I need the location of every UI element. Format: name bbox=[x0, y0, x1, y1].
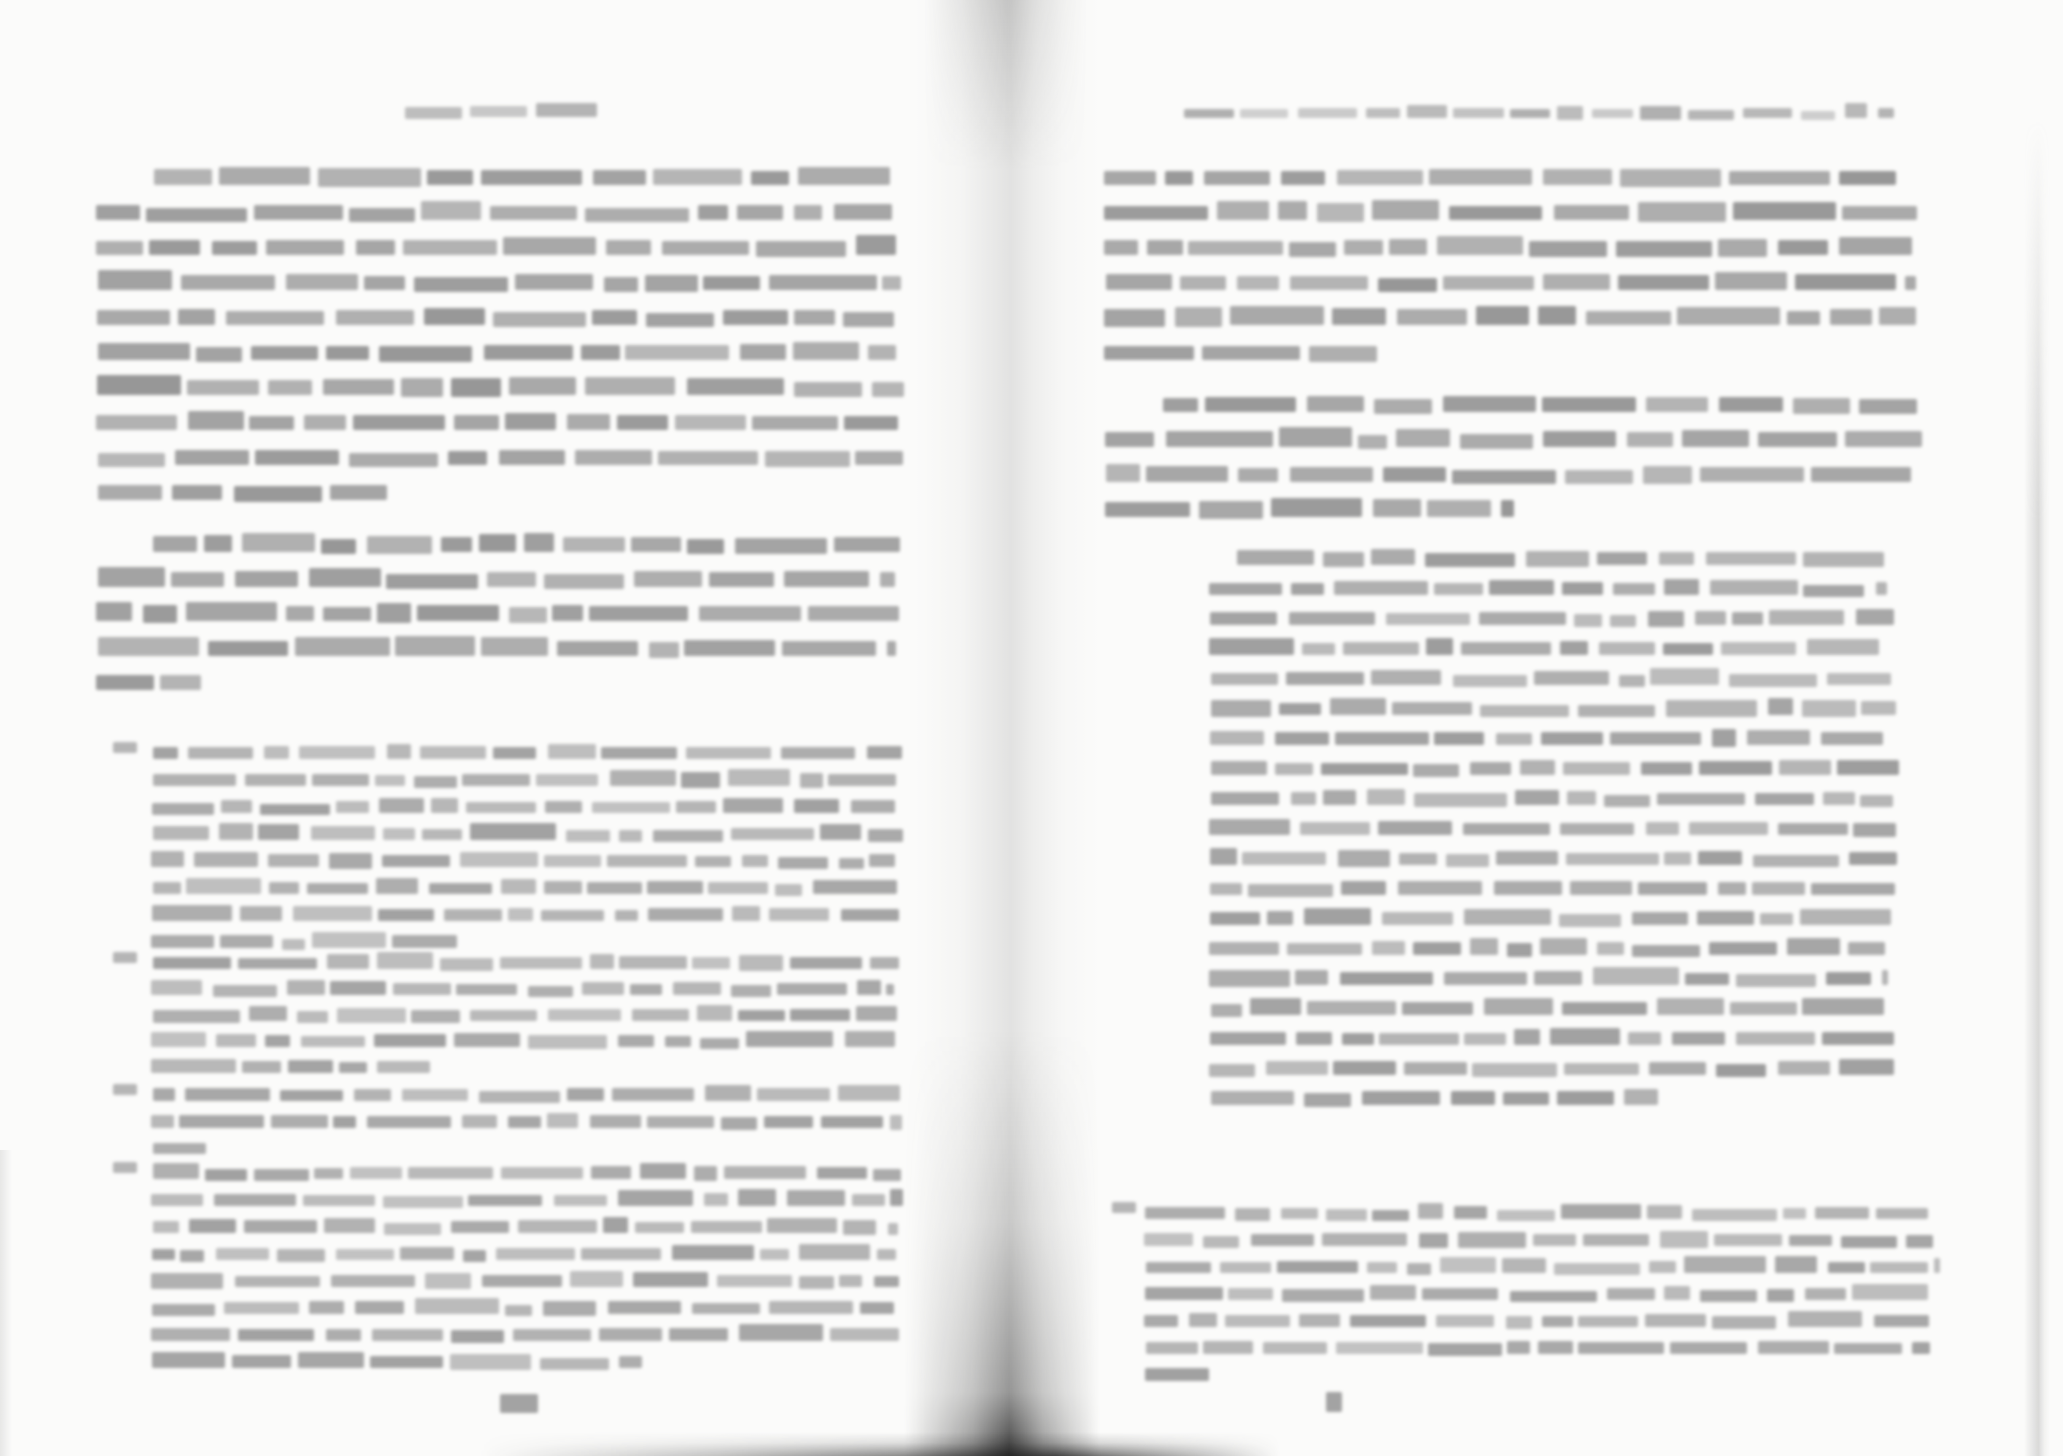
word-blob bbox=[1397, 309, 1467, 325]
word-blob bbox=[1209, 638, 1295, 655]
word-blob bbox=[1743, 108, 1792, 119]
word-blob bbox=[1230, 306, 1323, 325]
word-blob bbox=[1362, 1091, 1440, 1105]
word-blob bbox=[1543, 169, 1613, 185]
word-blob bbox=[1647, 1205, 1682, 1219]
word-blob bbox=[1372, 200, 1440, 220]
word-blob bbox=[1340, 972, 1434, 985]
word-blob bbox=[1550, 1028, 1620, 1045]
word-blob bbox=[1593, 967, 1680, 985]
word-blob bbox=[1795, 274, 1895, 290]
word-blob bbox=[1476, 306, 1529, 325]
word-blob bbox=[1706, 552, 1796, 565]
word-blob bbox=[1709, 942, 1776, 955]
word-blob bbox=[1624, 1089, 1658, 1105]
word-blob bbox=[1848, 942, 1885, 955]
word-blob bbox=[1542, 1316, 1573, 1327]
word-blob bbox=[1237, 550, 1314, 565]
word-blob bbox=[1657, 793, 1746, 805]
word-blob bbox=[1912, 1342, 1930, 1354]
word-blob bbox=[1426, 638, 1453, 655]
word-blob bbox=[1295, 970, 1328, 985]
word-blob bbox=[1291, 583, 1324, 595]
word-blob bbox=[1879, 307, 1916, 325]
word-blob bbox=[1372, 941, 1406, 955]
blockquote-line bbox=[1211, 785, 1893, 805]
word-blob bbox=[1372, 1210, 1409, 1221]
word-blob bbox=[1404, 1062, 1467, 1075]
word-blob bbox=[1768, 698, 1793, 715]
word-blob bbox=[1645, 1314, 1705, 1327]
word-blob bbox=[1578, 705, 1655, 717]
word-blob bbox=[1664, 579, 1699, 595]
word-blob bbox=[1778, 1061, 1831, 1075]
word-blob bbox=[1413, 942, 1461, 955]
word-blob bbox=[1210, 612, 1277, 625]
word-blob bbox=[1338, 850, 1390, 867]
word-blob bbox=[1586, 311, 1670, 325]
word-blob bbox=[1627, 432, 1672, 447]
word-blob bbox=[1104, 206, 1208, 220]
word-blob bbox=[1721, 642, 1796, 655]
word-blob bbox=[1166, 431, 1273, 447]
word-blob bbox=[1752, 882, 1806, 895]
word-blob bbox=[1802, 998, 1884, 1015]
word-blob bbox=[1418, 1203, 1442, 1219]
word-blob bbox=[1419, 1233, 1448, 1248]
word-blob bbox=[1307, 396, 1364, 412]
word-blob bbox=[1436, 1315, 1494, 1327]
word-blob bbox=[1470, 938, 1498, 955]
word-blob bbox=[1371, 670, 1441, 685]
word-blob bbox=[1540, 938, 1587, 955]
word-blob bbox=[1188, 241, 1283, 255]
word-blob bbox=[1788, 1311, 1862, 1327]
word-blob bbox=[1434, 732, 1484, 745]
word-blob bbox=[1165, 171, 1193, 185]
word-blob bbox=[1389, 239, 1426, 255]
word-blob bbox=[1839, 237, 1911, 255]
body-paragraph-line bbox=[1106, 460, 1918, 482]
word-blob bbox=[1541, 732, 1603, 745]
word-blob bbox=[1834, 1343, 1901, 1354]
word-blob bbox=[1562, 582, 1603, 595]
word-blob bbox=[1646, 397, 1708, 412]
word-blob bbox=[1578, 1342, 1664, 1355]
word-blob bbox=[1811, 883, 1895, 896]
word-blob bbox=[1778, 823, 1848, 835]
word-blob bbox=[1807, 639, 1880, 655]
word-blob bbox=[1559, 914, 1620, 927]
word-blob bbox=[1779, 760, 1831, 775]
word-blob bbox=[1802, 700, 1855, 717]
word-blob bbox=[1534, 971, 1582, 985]
word-blob bbox=[1378, 278, 1437, 292]
word-blob bbox=[1453, 675, 1528, 687]
word-blob bbox=[1566, 853, 1659, 865]
word-blob bbox=[1736, 974, 1816, 987]
word-blob bbox=[1104, 240, 1138, 255]
word-blob bbox=[1562, 1002, 1647, 1015]
word-blob bbox=[1507, 943, 1532, 957]
word-blob bbox=[1358, 435, 1388, 449]
word-blob bbox=[1209, 583, 1282, 595]
word-blob bbox=[1716, 1064, 1765, 1077]
word-blob bbox=[1211, 700, 1271, 717]
word-blob bbox=[1837, 760, 1899, 775]
word-blob bbox=[1689, 822, 1768, 835]
word-blob bbox=[1367, 1262, 1397, 1273]
word-blob bbox=[1827, 673, 1891, 685]
word-blob bbox=[1859, 399, 1917, 414]
word-blob bbox=[1290, 276, 1368, 290]
blockquote-line bbox=[1210, 905, 1896, 925]
word-blob bbox=[1758, 1341, 1829, 1354]
word-blob bbox=[1677, 307, 1780, 325]
blockquote-line bbox=[1211, 665, 1891, 685]
word-blob bbox=[1271, 498, 1362, 517]
word-blob bbox=[1664, 852, 1691, 865]
word-blob bbox=[1514, 1029, 1540, 1045]
word-blob bbox=[1849, 852, 1896, 865]
word-blob bbox=[1641, 762, 1693, 775]
word-blob bbox=[1422, 1288, 1498, 1300]
word-blob bbox=[1730, 1002, 1796, 1015]
word-blob bbox=[1620, 169, 1722, 187]
blockquote-line bbox=[1209, 575, 1888, 595]
word-blob bbox=[1570, 881, 1632, 895]
word-blob bbox=[1660, 1231, 1708, 1248]
word-blob bbox=[1323, 790, 1356, 805]
word-blob bbox=[1145, 1287, 1223, 1300]
word-blob bbox=[1147, 240, 1183, 255]
word-blob bbox=[1425, 553, 1515, 567]
body-paragraph-line bbox=[1104, 233, 1912, 255]
word-blob bbox=[1484, 998, 1553, 1015]
word-blob bbox=[1534, 671, 1609, 685]
word-blob bbox=[1760, 913, 1793, 925]
word-blob bbox=[1729, 171, 1830, 185]
word-blob bbox=[1732, 612, 1763, 625]
word-blob bbox=[1146, 1262, 1211, 1273]
word-blob bbox=[1463, 823, 1550, 835]
word-blob bbox=[1209, 1064, 1255, 1077]
word-blob bbox=[1104, 171, 1156, 185]
word-blob bbox=[1304, 908, 1370, 925]
word-blob bbox=[1700, 1290, 1757, 1302]
word-blob bbox=[1805, 1288, 1846, 1300]
word-blob bbox=[1607, 1288, 1655, 1300]
word-blob bbox=[1692, 1209, 1777, 1221]
word-blob bbox=[1874, 1315, 1929, 1327]
word-blob bbox=[1144, 1233, 1193, 1246]
word-blob bbox=[1610, 615, 1636, 627]
word-blob bbox=[1646, 822, 1679, 835]
word-blob bbox=[1322, 1233, 1408, 1246]
word-blob bbox=[1396, 429, 1450, 447]
word-blob bbox=[1538, 306, 1576, 325]
word-blob bbox=[1543, 431, 1616, 447]
word-blob bbox=[1144, 1315, 1177, 1327]
word-blob bbox=[1557, 106, 1583, 120]
word-blob bbox=[1337, 170, 1423, 185]
word-blob bbox=[1330, 698, 1386, 715]
word-blob bbox=[1210, 731, 1264, 745]
body-paragraph-line bbox=[1104, 338, 1382, 360]
word-blob bbox=[1146, 1342, 1198, 1354]
word-blob bbox=[1242, 852, 1326, 865]
word-blob bbox=[1464, 909, 1551, 925]
word-blob bbox=[1758, 432, 1837, 447]
word-blob bbox=[1502, 1258, 1546, 1273]
word-blob bbox=[1366, 108, 1401, 118]
word-blob bbox=[1282, 1289, 1364, 1302]
word-blob bbox=[1203, 1341, 1253, 1354]
word-blob bbox=[1561, 1204, 1641, 1219]
word-blob bbox=[1451, 1091, 1496, 1105]
word-blob bbox=[1753, 855, 1840, 867]
word-blob bbox=[1289, 242, 1337, 257]
word-blob bbox=[1715, 272, 1787, 290]
body-paragraph-line bbox=[1104, 163, 1911, 185]
word-blob bbox=[1145, 1368, 1209, 1381]
word-blob bbox=[1204, 171, 1270, 185]
word-blob bbox=[1472, 1063, 1557, 1077]
body-paragraph-line bbox=[1163, 390, 1916, 412]
word-blob bbox=[1335, 732, 1429, 745]
word-blob bbox=[1205, 397, 1297, 412]
footnote-line bbox=[1144, 1227, 1933, 1246]
word-blob bbox=[1104, 309, 1165, 327]
word-blob bbox=[1452, 470, 1555, 484]
word-blob bbox=[1443, 276, 1534, 290]
word-blob bbox=[1437, 236, 1523, 255]
word-blob bbox=[1429, 169, 1531, 185]
blockquote-line bbox=[1211, 1085, 1658, 1105]
word-blob bbox=[1583, 1234, 1650, 1246]
word-blob bbox=[1383, 467, 1446, 482]
word-blob bbox=[1821, 732, 1884, 745]
word-blob bbox=[1497, 1210, 1555, 1221]
word-blob bbox=[1787, 938, 1841, 955]
word-blob bbox=[1906, 1235, 1933, 1248]
word-blob bbox=[1180, 276, 1226, 290]
word-blob bbox=[1628, 1032, 1662, 1045]
body-paragraph-line bbox=[1105, 425, 1922, 447]
footnote-line bbox=[1146, 1335, 1930, 1354]
word-blob bbox=[1414, 793, 1507, 807]
word-blob bbox=[1470, 762, 1511, 775]
word-blob bbox=[1503, 1092, 1549, 1105]
word-blob bbox=[1876, 582, 1888, 595]
running-head-line bbox=[1184, 101, 1894, 118]
blockquote-line bbox=[1209, 635, 1890, 655]
word-blob bbox=[1613, 583, 1655, 596]
word-blob bbox=[1822, 1032, 1893, 1045]
word-blob bbox=[1277, 1261, 1358, 1273]
word-blob bbox=[1228, 1288, 1273, 1300]
footnote-line bbox=[1145, 1362, 1209, 1381]
word-blob bbox=[1210, 848, 1236, 865]
word-blob bbox=[1302, 643, 1334, 655]
word-blob bbox=[1209, 970, 1290, 987]
word-blob bbox=[1733, 202, 1836, 220]
word-blob bbox=[1729, 674, 1818, 687]
word-blob bbox=[1783, 1208, 1806, 1219]
word-blob bbox=[1597, 552, 1647, 565]
word-blob bbox=[1787, 311, 1820, 325]
word-blob bbox=[1663, 643, 1713, 655]
word-blob bbox=[1597, 942, 1624, 955]
word-blob bbox=[1336, 1342, 1423, 1354]
word-blob bbox=[1453, 108, 1504, 118]
word-blob bbox=[1334, 581, 1428, 595]
word-blob bbox=[1604, 795, 1650, 807]
blockquote-line bbox=[1210, 1025, 1894, 1045]
word-blob bbox=[1163, 398, 1197, 412]
blockquote-line bbox=[1211, 995, 1896, 1015]
word-blob bbox=[1211, 761, 1267, 775]
word-blob bbox=[1649, 1261, 1676, 1273]
word-blob bbox=[1370, 1285, 1417, 1300]
word-blob bbox=[1839, 171, 1896, 185]
word-blob bbox=[1789, 1235, 1832, 1246]
word-blob bbox=[1905, 276, 1917, 290]
word-blob bbox=[1321, 763, 1408, 775]
word-blob bbox=[1841, 1236, 1897, 1248]
word-blob bbox=[1697, 911, 1754, 925]
word-blob bbox=[1323, 552, 1364, 567]
footnote-line bbox=[1145, 1200, 1928, 1219]
word-blob bbox=[1793, 398, 1851, 414]
word-blob bbox=[1281, 171, 1326, 185]
word-blob bbox=[1106, 274, 1172, 290]
word-blob bbox=[1407, 105, 1447, 118]
word-blob bbox=[1496, 733, 1532, 745]
scanned-book-spread bbox=[0, 0, 2063, 1456]
word-blob bbox=[1291, 792, 1317, 805]
blockquote-line bbox=[1210, 725, 1897, 745]
word-blob bbox=[1344, 240, 1383, 255]
word-blob bbox=[1560, 823, 1634, 835]
word-blob bbox=[1657, 998, 1723, 1015]
word-blob bbox=[1343, 642, 1418, 655]
word-blob bbox=[1105, 432, 1154, 447]
word-blob bbox=[1489, 580, 1554, 595]
word-blob bbox=[1237, 276, 1279, 290]
word-blob bbox=[1309, 346, 1377, 362]
word-blob bbox=[1106, 464, 1140, 482]
word-blob bbox=[1747, 730, 1810, 745]
word-blob bbox=[1105, 502, 1189, 517]
word-blob bbox=[1554, 1263, 1640, 1275]
word-blob bbox=[1317, 203, 1364, 222]
word-blob bbox=[1688, 110, 1735, 120]
blockquote-line bbox=[1209, 965, 1889, 985]
word-blob bbox=[1664, 1286, 1690, 1300]
word-blob bbox=[1643, 466, 1692, 484]
word-blob bbox=[1778, 240, 1828, 255]
word-blob bbox=[1801, 111, 1835, 120]
word-blob bbox=[1402, 1002, 1473, 1015]
word-blob bbox=[1510, 109, 1550, 118]
word-blob bbox=[1464, 1033, 1506, 1045]
word-blob bbox=[1279, 427, 1352, 447]
word-blob bbox=[1382, 912, 1453, 925]
word-blob bbox=[1670, 1342, 1747, 1354]
word-blob bbox=[1279, 703, 1321, 715]
word-blob bbox=[1496, 851, 1558, 865]
word-blob bbox=[1592, 109, 1633, 118]
word-blob bbox=[1565, 470, 1633, 484]
blockquote-line bbox=[1210, 845, 1896, 865]
word-blob bbox=[1682, 430, 1749, 447]
word-blob bbox=[1341, 881, 1386, 895]
word-blob bbox=[1610, 732, 1701, 745]
word-blob bbox=[1845, 103, 1867, 118]
word-blob bbox=[1209, 942, 1279, 955]
page-number bbox=[1326, 1392, 1342, 1412]
word-blob bbox=[1443, 396, 1536, 412]
word-blob bbox=[1515, 790, 1559, 805]
word-blob bbox=[1800, 909, 1890, 925]
word-blob bbox=[1251, 1234, 1314, 1246]
word-blob bbox=[1823, 792, 1855, 805]
word-blob bbox=[1878, 108, 1894, 118]
word-blob bbox=[1298, 108, 1357, 118]
word-blob bbox=[1560, 641, 1588, 655]
blockquote-line bbox=[1211, 695, 1896, 715]
word-blob bbox=[1672, 1032, 1725, 1045]
word-blob bbox=[1861, 701, 1896, 715]
word-blob bbox=[1529, 241, 1607, 257]
word-blob bbox=[1699, 761, 1772, 775]
word-blob bbox=[1856, 609, 1894, 625]
word-blob bbox=[1444, 972, 1528, 985]
word-blob bbox=[1235, 1208, 1271, 1221]
blockquote-line bbox=[1209, 815, 1895, 835]
word-blob bbox=[1326, 1209, 1367, 1221]
word-blob bbox=[1811, 467, 1910, 482]
word-blob bbox=[1211, 792, 1278, 805]
word-blob bbox=[1538, 1341, 1574, 1354]
word-blob bbox=[1217, 201, 1269, 220]
body-paragraph-line bbox=[1105, 495, 1514, 517]
word-blob bbox=[1501, 500, 1514, 517]
word-blob bbox=[1839, 1059, 1893, 1075]
word-blob bbox=[1700, 467, 1803, 482]
word-blob bbox=[1775, 1256, 1817, 1273]
word-blob bbox=[1287, 943, 1362, 955]
word-blob bbox=[1574, 614, 1603, 627]
word-blob bbox=[1718, 239, 1767, 257]
word-blob bbox=[1434, 583, 1483, 595]
blockquote-line bbox=[1237, 545, 1895, 565]
word-blob bbox=[1210, 912, 1261, 925]
word-blob bbox=[1202, 346, 1299, 360]
word-blob bbox=[1542, 397, 1636, 412]
word-blob bbox=[1719, 397, 1783, 412]
word-blob bbox=[1184, 109, 1234, 118]
word-blob bbox=[1480, 705, 1569, 717]
word-blob bbox=[1619, 675, 1644, 687]
blockquote-line bbox=[1209, 1055, 1894, 1075]
word-blob bbox=[1289, 612, 1376, 625]
word-blob bbox=[1718, 882, 1746, 895]
body-paragraph-line bbox=[1106, 268, 1917, 290]
word-blob bbox=[1300, 822, 1370, 835]
word-blob bbox=[1210, 1032, 1286, 1045]
